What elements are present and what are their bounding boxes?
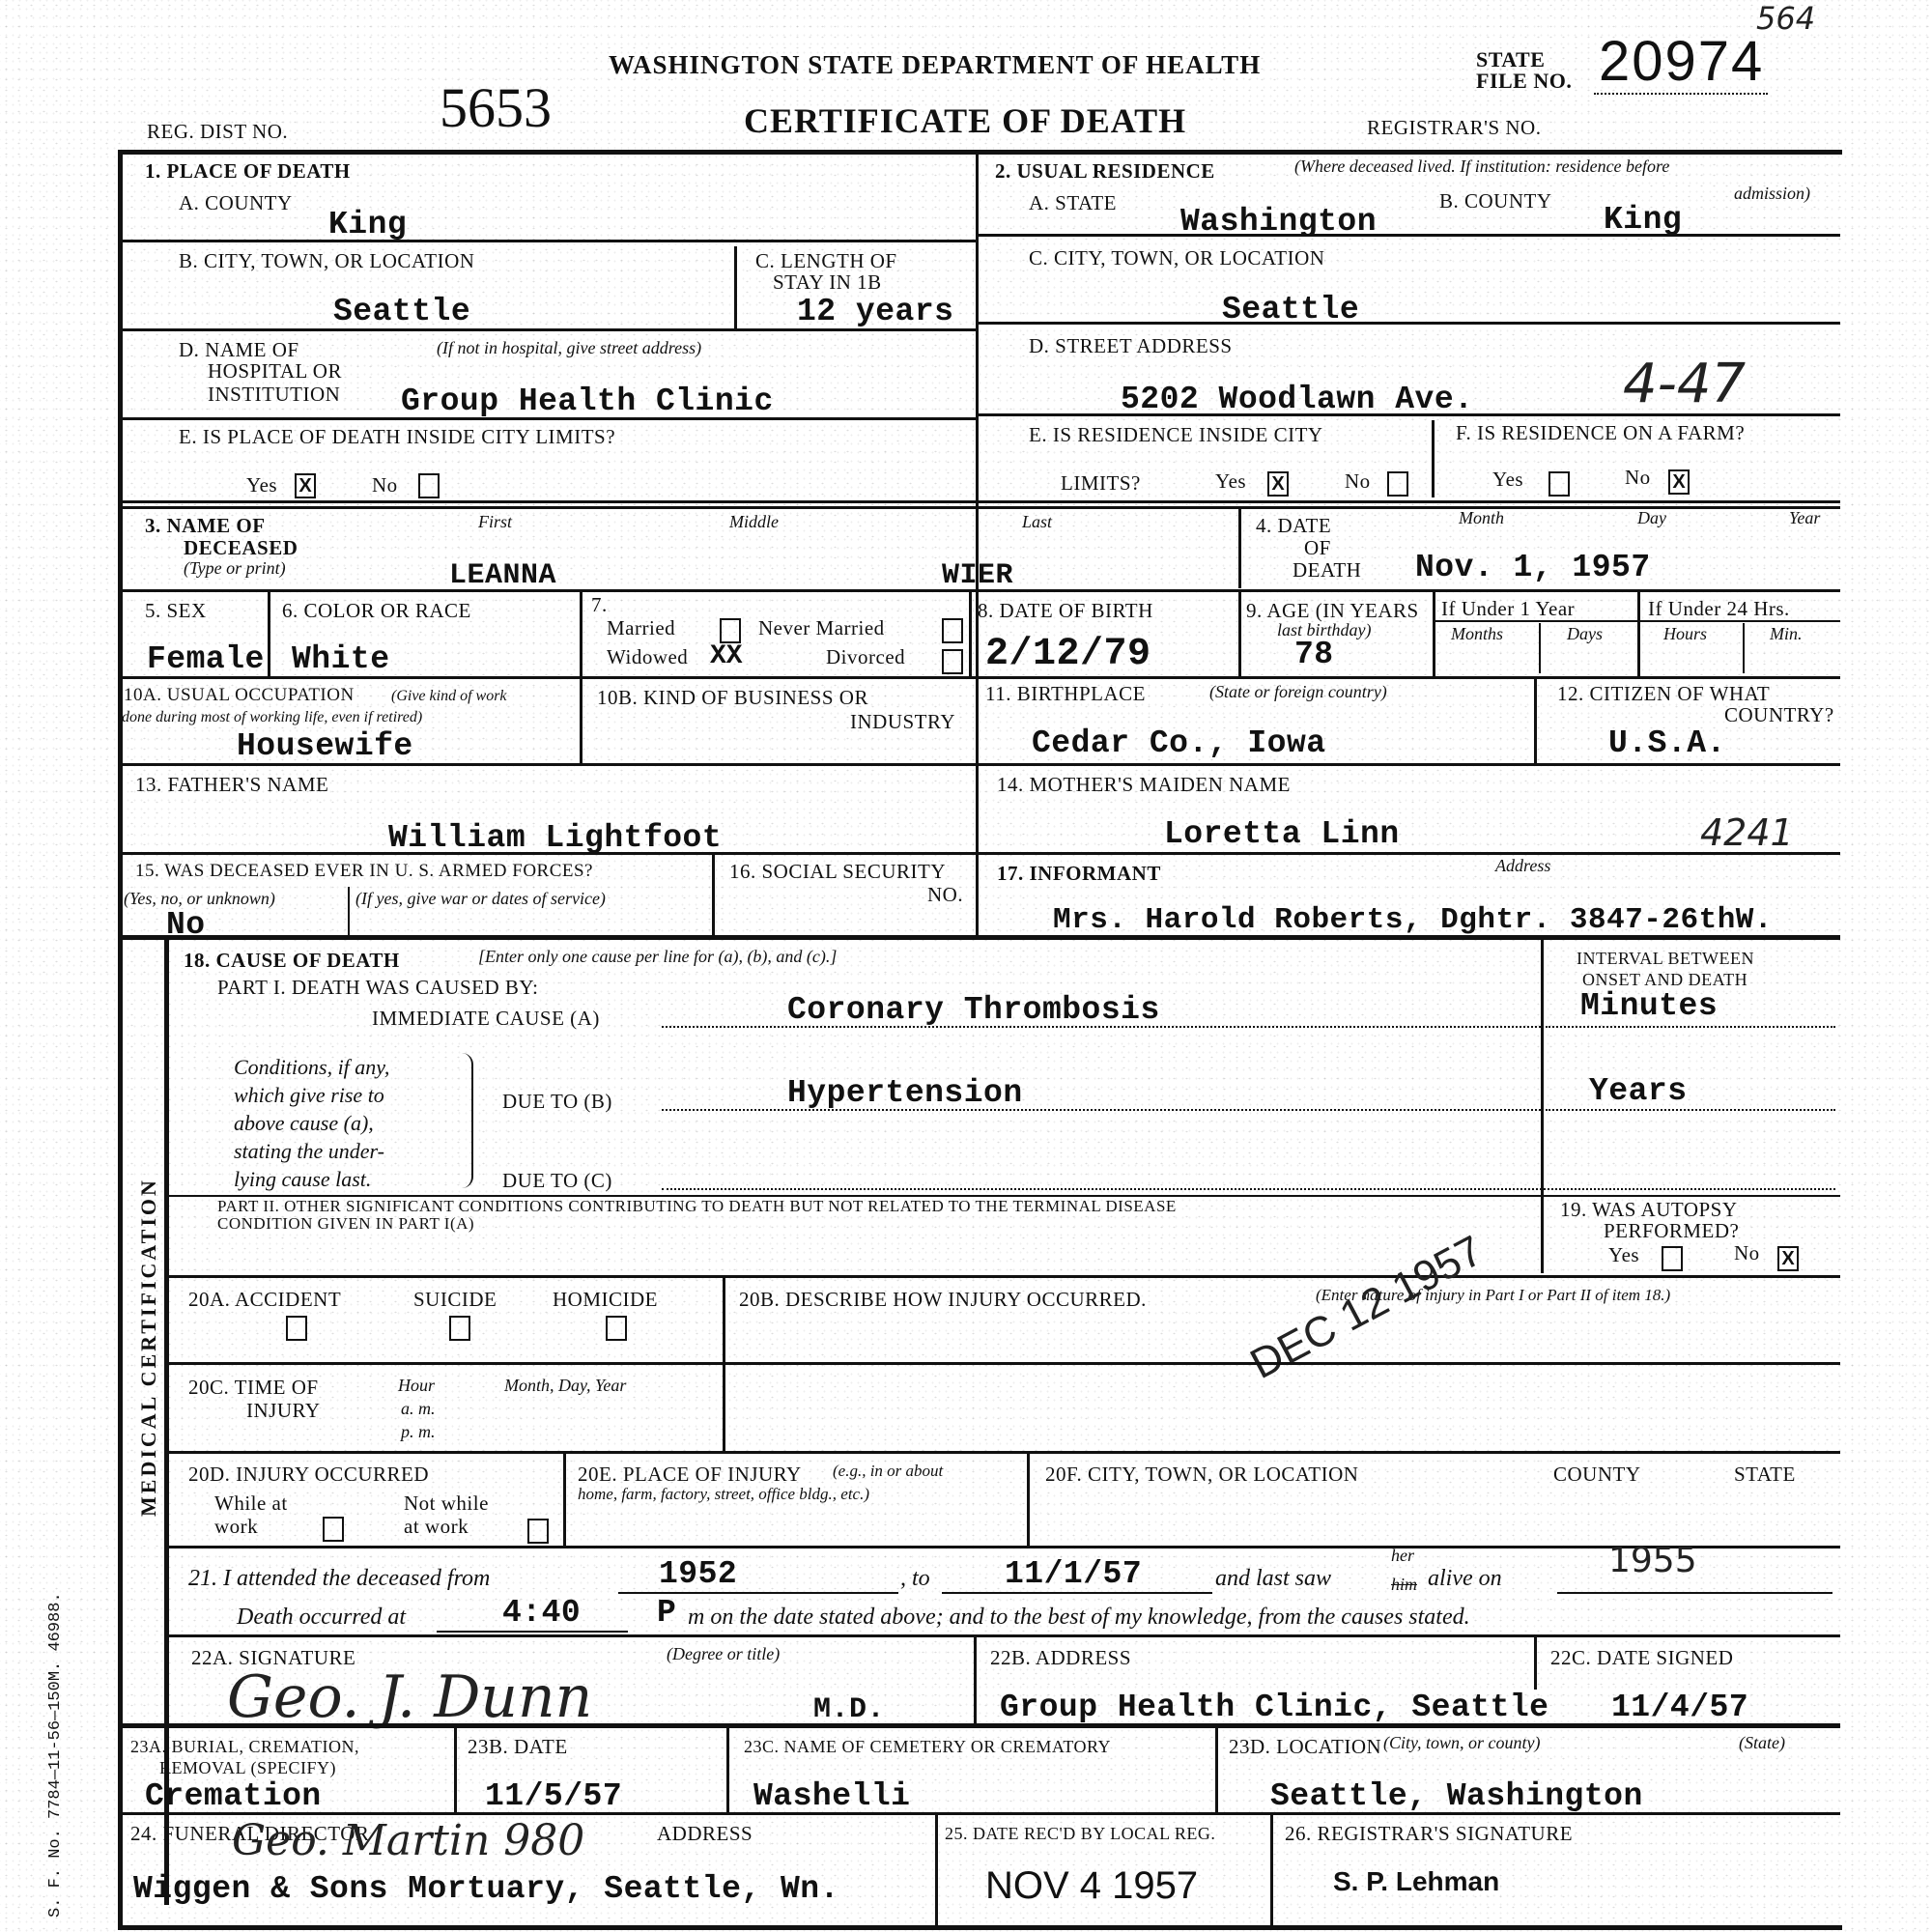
widowed-mark[interactable]: XX <box>710 641 743 671</box>
res-street-note: 4-47 <box>1623 353 1746 415</box>
sex-label: 5. SEX <box>145 599 207 622</box>
pm-label: p. m. <box>401 1422 436 1442</box>
rule <box>1238 591 1241 676</box>
conditions-note-line: lying cause last. <box>234 1165 451 1193</box>
father-value: William Lightfoot <box>388 821 722 856</box>
divorced-label: Divorced <box>826 645 905 668</box>
injury-how-label: 20b. DESCRIBE HOW INJURY OCCURRED. <box>739 1288 1147 1311</box>
rule <box>979 234 1840 237</box>
while-work-checkbox[interactable] <box>323 1517 344 1542</box>
rule <box>563 1453 566 1546</box>
rule <box>1215 1727 1218 1812</box>
first-name-value: LEANNA <box>449 558 556 593</box>
death-time-value: 4:40 <box>502 1596 581 1631</box>
hour-label: Hour <box>398 1376 435 1396</box>
hospital-note: (If not in hospital, give street address… <box>437 338 701 358</box>
res-street-label: d. STREET ADDRESS <box>1029 334 1233 357</box>
date-signed-label: 22c. DATE SIGNED <box>1550 1646 1733 1669</box>
dod-label-2: OF <box>1304 536 1331 559</box>
usual-residence-note-2: admission) <box>1734 184 1810 204</box>
rule <box>580 678 582 763</box>
dod-label-3: DEATH <box>1293 558 1361 582</box>
stay-label-2: STAY IN 1b <box>773 270 882 294</box>
not-while-label-2: at work <box>404 1515 469 1538</box>
burial-location-label: 23d. LOCATION <box>1229 1735 1381 1758</box>
form-number: S. F. No. 7784—11-56—150M. 46988. <box>46 1592 65 1918</box>
rule <box>169 1634 1840 1637</box>
city-limits-question: e. IS PLACE OF DEATH INSIDE CITY LIMITS? <box>179 425 615 448</box>
hospital-label-2: HOSPITAL OR <box>208 359 342 383</box>
rule <box>1539 623 1541 673</box>
citizen-label-2: COUNTRY? <box>1724 703 1834 726</box>
birthplace-value: Cedar Co., Iowa <box>1032 726 1326 761</box>
accident-checkbox[interactable] <box>286 1316 307 1341</box>
father-label: 13. FATHER'S NAME <box>135 773 328 796</box>
rule <box>580 591 582 676</box>
dob-value: 2/12/79 <box>985 638 1151 672</box>
rule <box>169 1546 1840 1548</box>
rule <box>1557 1592 1833 1594</box>
rule <box>1534 678 1537 763</box>
rule <box>1743 623 1745 673</box>
conditions-note-line: Conditions, if any, <box>234 1053 451 1081</box>
suicide-label: SUICIDE <box>413 1288 497 1311</box>
frame-left <box>118 150 123 1927</box>
corner-note: 564 <box>1756 0 1815 37</box>
last-saw-label: and last saw <box>1215 1565 1331 1592</box>
immediate-cause-value: Coronary Thrombosis <box>787 993 1160 1028</box>
due-c-label: DUE TO (c) <box>502 1169 612 1192</box>
state-file-label-2: FILE NO. <box>1476 71 1572 91</box>
rule <box>121 506 1840 509</box>
city-label: b. CITY, TOWN, OR LOCATION <box>179 249 474 272</box>
suicide-checkbox[interactable] <box>449 1316 470 1341</box>
not-while-checkbox[interactable] <box>527 1519 549 1544</box>
degree-label: (Degree or title) <box>667 1644 780 1664</box>
married-label: Married <box>607 616 675 639</box>
physician-signature: Geo. J. Dunn <box>227 1663 592 1731</box>
middle-label: Middle <box>729 512 779 532</box>
city-limits-yes-checkbox[interactable]: X <box>295 473 316 498</box>
conditions-note-line: which give rise to <box>234 1081 451 1109</box>
rule <box>1541 1196 1544 1273</box>
rule <box>169 1362 1840 1365</box>
injury-county-label: COUNTY <box>1553 1463 1641 1486</box>
marital-label: 7. <box>591 593 608 616</box>
him-label: him <box>1391 1575 1417 1595</box>
conditions-note-line: stating the under- <box>234 1137 451 1165</box>
rule <box>121 935 1840 940</box>
business-label-1: 10b. KIND OF BUSINESS OR <box>597 686 868 709</box>
rule <box>121 1723 1840 1728</box>
usual-residence-label: 2. USUAL RESIDENCE <box>995 159 1215 183</box>
rule <box>169 1451 1840 1454</box>
rule <box>121 763 1840 766</box>
while-work-label-2: work <box>214 1515 258 1538</box>
rule <box>935 1814 938 1928</box>
deceased-name-label-2: DECEASED <box>184 536 298 559</box>
am-label: a. m. <box>401 1399 436 1419</box>
deceased-name-label-3: (Type or print) <box>184 558 286 579</box>
attended-prefix: 21. I attended the deceased from <box>188 1565 490 1592</box>
city-limits-no-label: No <box>372 473 398 497</box>
funeral-director-value: Wiggen & Sons Mortuary, Seattle, Wn. <box>133 1872 839 1907</box>
meridiem-value: P <box>657 1596 676 1631</box>
funeral-address-label: ADDRESS <box>657 1822 753 1845</box>
death-at-label: Death occurred at <box>237 1604 406 1631</box>
burial-type-label-1: 23a. BURIAL, CREMATION, <box>130 1735 359 1758</box>
rule <box>1546 1109 1835 1111</box>
res-city-no-checkbox[interactable] <box>1387 471 1408 497</box>
age-value: 78 <box>1294 638 1334 672</box>
county-value: King <box>328 208 407 242</box>
rule <box>121 500 1840 503</box>
hospital-label-3: INSTITUTION <box>208 383 340 406</box>
alive-on-label: alive on <box>1428 1565 1502 1592</box>
res-farm-yes-checkbox[interactable] <box>1548 471 1570 497</box>
res-farm-yes-label: Yes <box>1492 468 1523 491</box>
months-label: Months <box>1451 624 1503 644</box>
rule <box>121 1812 1840 1815</box>
mother-value: Loretta Linn <box>1164 817 1400 852</box>
rule <box>1433 591 1435 676</box>
attended-to-value: 11/1/57 <box>1005 1557 1142 1592</box>
part2-label-1: PART II. OTHER SIGNIFICANT CONDITIONS CO… <box>217 1198 1177 1215</box>
due-b-label: DUE TO (b) <box>502 1090 612 1113</box>
stay-value: 12 years <box>797 295 953 329</box>
rule <box>169 1275 1840 1278</box>
place-of-death-label: 1. PLACE OF DEATH <box>145 159 351 183</box>
hospital-label-1: d. NAME OF <box>179 338 299 361</box>
autopsy-label-2: PERFORMED? <box>1604 1219 1739 1242</box>
cemetery-value: Washelli <box>753 1779 910 1814</box>
rule <box>121 328 976 331</box>
homicide-checkbox[interactable] <box>606 1316 627 1341</box>
rule <box>734 246 737 328</box>
interval-a-value: Minutes <box>1580 989 1718 1024</box>
rule <box>712 854 715 935</box>
interval-label-1: INTERVAL BETWEEN <box>1577 947 1754 970</box>
degree-value: M.D. <box>813 1692 885 1727</box>
file-no-line <box>1594 93 1768 95</box>
time-injury-label-2: INJURY <box>246 1399 321 1422</box>
death-time-suffix: m on the date stated above; and to the b… <box>688 1604 1470 1631</box>
reg-dist-value: 5653 <box>440 75 552 140</box>
place-injury-label: 20e. PLACE OF INJURY <box>578 1463 802 1486</box>
first-label: First <box>478 512 512 532</box>
burial-type-value: Cremation <box>145 1779 322 1814</box>
informant-label: 17. INFORMANT <box>997 862 1161 885</box>
rule <box>1637 591 1640 676</box>
burial-location-value: Seattle, Washington <box>1270 1779 1643 1814</box>
under-24-label: If Under 24 Hrs. <box>1648 597 1790 620</box>
place-injury-note-2: home, farm, factory, street, office bldg… <box>578 1484 869 1504</box>
her-label: her <box>1391 1546 1414 1566</box>
min-label: Min. <box>1770 624 1803 644</box>
res-farm-no-label: No <box>1625 466 1651 489</box>
autopsy-label-1: 19. WAS AUTOPSY <box>1560 1198 1738 1221</box>
burial-date-value: 11/5/57 <box>485 1779 622 1814</box>
accident-label: 20a. ACCIDENT <box>188 1288 341 1311</box>
dob-label: 8. DATE OF BIRTH <box>978 599 1153 622</box>
rule <box>1270 1814 1273 1928</box>
armed-note-2: (If yes, give war or dates of service) <box>355 889 606 909</box>
cause-label: 18. CAUSE OF DEATH <box>184 949 400 972</box>
days-label: Days <box>1567 624 1603 644</box>
dod-label-1: 4. DATE <box>1256 514 1331 537</box>
registrar-signature-label: 26. REGISTRAR'S SIGNATURE <box>1285 1822 1573 1845</box>
rule <box>979 322 1840 325</box>
part2-label-2: CONDITION GIVEN IN PART I(a) <box>217 1215 474 1233</box>
rule <box>121 240 976 242</box>
under-year-label: If Under 1 Year <box>1441 597 1575 620</box>
deceased-name-label-1: 3. NAME OF <box>145 514 266 537</box>
rule <box>348 887 350 935</box>
married-checkbox[interactable] <box>720 618 741 643</box>
hospital-value: Group Health Clinic <box>401 384 774 419</box>
res-street-value: 5202 Woodlawn Ave. <box>1121 383 1473 417</box>
burial-type-label-2: REMOVAL (Specify) <box>159 1756 336 1779</box>
rule <box>1238 509 1241 588</box>
rule <box>1534 1636 1537 1690</box>
armed-note-1: (Yes, no, or unknown) <box>124 889 275 909</box>
homicide-label: HOMICIDE <box>553 1288 658 1311</box>
never-married-checkbox[interactable] <box>942 618 963 643</box>
funeral-director-signature: Geo. Martin 980 <box>232 1816 584 1865</box>
county-label: a. COUNTY <box>179 191 293 214</box>
birthplace-label: 11. BIRTHPLACE <box>985 682 1146 705</box>
time-injury-label-1: 20c. TIME OF <box>188 1376 319 1399</box>
date-recd-value: NOV 4 1957 <box>985 1864 1198 1908</box>
sig-address-value: Group Health Clinic, Seattle <box>1000 1690 1549 1725</box>
part1-label: PART I. DEATH WAS CAUSED BY: <box>217 976 538 999</box>
res-city-yes-checkbox[interactable]: X <box>1267 471 1289 497</box>
rule <box>974 1636 977 1723</box>
frame-bottom <box>118 1925 1842 1930</box>
injury-state-label: STATE <box>1734 1463 1796 1486</box>
usual-residence-note-1: (Where deceased lived. If institution: r… <box>1294 156 1669 177</box>
last-label: Last <box>1022 512 1052 532</box>
occupation-label: 10a. USUAL OCCUPATION <box>124 684 355 707</box>
last-name-value: WIER <box>942 558 1013 593</box>
injury-city-label: 20f. CITY, TOWN, OR LOCATION <box>1045 1463 1358 1486</box>
res-city-label: c. CITY, TOWN, OR LOCATION <box>1029 246 1324 270</box>
rule <box>454 1727 457 1812</box>
sig-address-label: 22b. ADDRESS <box>990 1646 1131 1669</box>
divorced-checkbox[interactable] <box>942 649 963 674</box>
autopsy-no-checkbox[interactable]: X <box>1777 1246 1799 1271</box>
res-city-limits-label-2: LIMITS? <box>1061 471 1141 495</box>
department-name: WASHINGTON STATE DEPARTMENT OF HEALTH <box>609 50 1261 80</box>
rule <box>726 1727 729 1812</box>
sex-value: Female <box>147 642 265 677</box>
registrar-signature: S. P. Lehman <box>1333 1866 1499 1897</box>
occupation-note-2: done during most of working life, even i… <box>122 707 422 727</box>
res-state-label: a. STATE <box>1029 191 1117 214</box>
mother-label: 14. MOTHER'S MAIDEN NAME <box>997 773 1291 796</box>
city-limits-no-checkbox[interactable] <box>418 473 440 498</box>
conditions-note-line: above cause (a), <box>234 1109 451 1137</box>
place-injury-note-1: (e.g., in or about <box>833 1461 943 1481</box>
cause-note: [Enter only one cause per line for (a), … <box>478 947 837 967</box>
stay-label-1: c. LENGTH OF <box>755 249 897 272</box>
burial-date-label: 23b. DATE <box>468 1735 568 1758</box>
age-label-1: 9. AGE (In years <box>1246 599 1419 622</box>
rule <box>1027 1453 1030 1546</box>
day-label: Day <box>1637 508 1666 528</box>
attended-from-value: 1952 <box>659 1557 737 1592</box>
cemetery-label: 23c. NAME OF CEMETERY OR CREMATORY <box>744 1735 1111 1758</box>
res-city-limits-label-1: e. IS RESIDENCE INSIDE CITY <box>1029 423 1323 446</box>
res-farm-no-checkbox[interactable]: X <box>1668 469 1690 495</box>
rule <box>268 591 270 676</box>
city-value: Seattle <box>333 295 470 329</box>
rule <box>1541 939 1544 1214</box>
rule <box>121 852 1840 855</box>
autopsy-yes-label: Yes <box>1608 1243 1639 1266</box>
year-label: Year <box>1789 508 1820 528</box>
res-city-no-label: No <box>1345 469 1371 493</box>
burial-state-note: (State) <box>1739 1733 1785 1753</box>
business-label-2: INDUSTRY <box>850 710 955 733</box>
conditions-note: Conditions, if any, which give rise to a… <box>234 1053 451 1193</box>
res-city-yes-label: Yes <box>1215 469 1246 493</box>
due-b-value: Hypertension <box>787 1076 1023 1111</box>
occupation-note-1: (Give kind of work <box>391 686 507 706</box>
state-file-label-1: STATE <box>1476 50 1545 70</box>
medical-certification-label: MEDICAL CERTIFICATION <box>137 1178 160 1517</box>
rule <box>121 589 1840 592</box>
dod-value: Nov. 1, 1957 <box>1415 551 1651 585</box>
rule <box>942 1592 1212 1594</box>
rule <box>437 1631 628 1633</box>
registrars-no-label: REGISTRAR'S NO. <box>1367 116 1541 139</box>
frame-top <box>118 150 1842 155</box>
rule <box>1546 1026 1835 1028</box>
citizen-label-1: 12. CITIZEN OF WHAT <box>1557 682 1770 705</box>
injury-occurred-label: 20d. INJURY OCCURRED <box>188 1463 429 1486</box>
res-county-label: b. COUNTY <box>1439 189 1552 213</box>
autopsy-yes-checkbox[interactable] <box>1662 1246 1683 1271</box>
citizen-value: U.S.A. <box>1608 726 1726 761</box>
conditions-bracket <box>462 1053 473 1188</box>
burial-location-note: (City, town, or county) <box>1383 1733 1540 1753</box>
never-married-label: Never Married <box>758 616 885 639</box>
column-divider <box>976 153 979 935</box>
armed-label: 15. WAS DECEASED EVER IN U. S. ARMED FOR… <box>135 860 593 883</box>
city-limits-yes-label: Yes <box>246 473 277 497</box>
race-value: White <box>292 642 390 677</box>
date-recd-label: 25. DATE REC'D BY LOCAL REG. <box>945 1822 1215 1845</box>
ssn-label-2: NO. <box>927 883 963 906</box>
rule <box>121 676 1840 679</box>
res-county-value: King <box>1604 203 1682 238</box>
autopsy-no-label: No <box>1734 1241 1760 1264</box>
state-file-value: 20974 <box>1599 29 1764 94</box>
informant-value: Mrs. Harold Roberts, Dghtr. 3847-26thW. <box>1053 903 1773 938</box>
res-farm-label: f. IS RESIDENCE ON A FARM? <box>1456 421 1745 444</box>
rule <box>121 417 976 420</box>
ssn-label-1: 16. SOCIAL SECURITY <box>729 860 946 883</box>
reg-dist-label: REG. DIST NO. <box>147 120 288 143</box>
while-work-label-1: While at <box>214 1492 288 1515</box>
widowed-label: Widowed <box>607 645 688 668</box>
date-signed-value: 11/4/57 <box>1611 1690 1748 1725</box>
last-seen-value: 1955 <box>1608 1541 1697 1580</box>
interval-b-value: Years <box>1589 1074 1688 1109</box>
rule <box>969 591 972 676</box>
certificate-title: CERTIFICATE OF DEATH <box>744 100 1186 141</box>
mdy-label: Month, Day, Year <box>504 1376 626 1396</box>
race-label: 6. COLOR OR RACE <box>282 599 471 622</box>
month-label: Month <box>1459 508 1504 528</box>
rule <box>979 413 1840 416</box>
occupation-value: Housewife <box>237 729 413 764</box>
not-while-label-1: Not while <box>404 1492 489 1515</box>
rule <box>618 1592 898 1594</box>
mother-note: 4241 <box>1700 811 1794 854</box>
informant-address-label: Address <box>1495 856 1550 876</box>
hours-label: Hours <box>1663 624 1707 644</box>
rule <box>662 1188 1835 1190</box>
rule <box>1432 420 1435 497</box>
attended-to-label: , to <box>900 1565 930 1592</box>
birthplace-note: (State or foreign country) <box>1209 682 1387 702</box>
immediate-label: IMMEDIATE CAUSE (a) <box>372 1007 600 1030</box>
